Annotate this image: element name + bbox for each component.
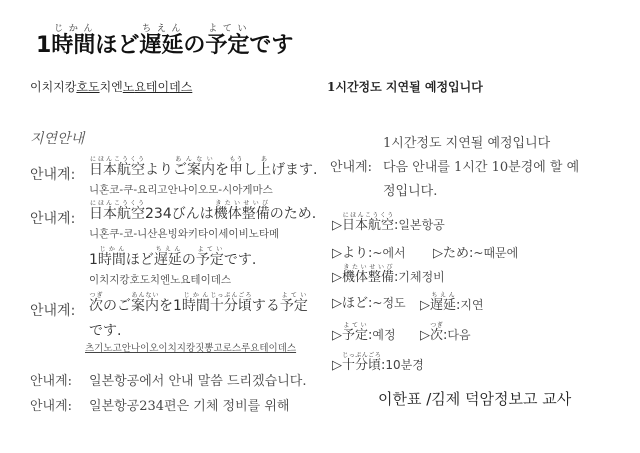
title-text: ほど <box>95 33 139 58</box>
vocab-item: ▷予定よてい:예정 <box>332 322 396 343</box>
announcer-label: 안내계: <box>30 370 72 389</box>
title-text: の <box>183 33 205 58</box>
triangle-bullet-icon: ▷ <box>420 298 430 313</box>
triangle-bullet-icon: ▷ <box>332 358 342 373</box>
japanese-line-2: 日本航空にほんこうくう234びんは機体整備きたいせいびのため. <box>89 200 316 223</box>
vocab-item: ▷ほど:~정도 <box>332 292 406 311</box>
japanese-line-4-cont: です. <box>89 320 121 340</box>
reading-line-4: 츠기노고안나이오이치지캉짓뽕고로스루요테이데스 <box>85 340 296 354</box>
announcer-label: 안내계: <box>30 395 72 414</box>
announcer-label: 안내계: <box>30 300 75 320</box>
title-word-jikan: 時間じかん <box>51 33 95 58</box>
reading-line-2: 니혼쿠-코-니산욘빙와키타이세이비노타메 <box>89 226 279 241</box>
translation-line-2: 일본항공234편은 기체 정비를 위해 <box>89 395 289 414</box>
vocab-item: ▷ため:~때문에 <box>433 242 518 261</box>
triangle-bullet-icon: ▷ <box>332 328 342 343</box>
triangle-bullet-icon: ▷ <box>332 218 342 233</box>
section-heading: 지연안내 <box>30 128 84 148</box>
vocab-item: ▷より:~에서 <box>332 242 406 261</box>
japanese-line-4: 次つぎのご案内あんないを1時間じかん十分頃じっぷんごろする予定よてい <box>89 292 308 315</box>
vocab-item: ▷日本航空にほんこうくう:일본항공 <box>332 212 445 233</box>
announcer-label: 안내계: <box>30 208 75 228</box>
translation-line-1: 일본항공에서 안내 말씀 드리겠습니다. <box>89 370 306 389</box>
announcer-label: 안내계: <box>330 156 372 175</box>
announcer-label: 안내계: <box>30 164 75 184</box>
right-title: 1시간정도 지연될 예정입니다 <box>327 78 483 95</box>
triangle-bullet-icon: ▷ <box>332 296 342 311</box>
title-prefix: 1 <box>36 33 51 58</box>
translation-line-4: 다음 안내를 1시간 10분경에 할 예 <box>383 156 579 175</box>
vocab-item: ▷次つぎ:다음 <box>420 322 471 343</box>
reading-line-3: 이치지캉호도치엔노요테이데스 <box>89 272 231 287</box>
triangle-bullet-icon: ▷ <box>420 328 430 343</box>
triangle-bullet-icon: ▷ <box>332 270 342 285</box>
triangle-bullet-icon: ▷ <box>433 246 443 261</box>
japanese-line-3: 1時間じかんほど遅延ちえんの予定よていです. <box>89 246 256 269</box>
page-title: 1時間じかんほど遅延ちえんの予定よていです <box>36 24 293 59</box>
vocab-item: ▷遅延ちえん:지연 <box>420 292 484 313</box>
vocab-item: ▷機体整備きたいせいび:기체정비 <box>332 264 445 285</box>
triangle-bullet-icon: ▷ <box>332 246 342 261</box>
translation-line-3: 1시간정도 지연될 예정입니다 <box>383 132 550 151</box>
author-credit: 이한표 /김제 덕암정보고 교사 <box>378 388 571 409</box>
japanese-line-1: 日本航空にほんこうくうよりご案内あんないを申もうし上あげます. <box>89 156 317 179</box>
title-word-chien: 遅延ちえん <box>139 33 183 58</box>
title-word-yotei: 予定よてい <box>205 33 249 58</box>
title-korean-reading: 이치지캉호도치엔노요테이데스 <box>30 78 192 95</box>
vocab-item: ▷十分頃じっぷんごろ:10분경 <box>332 352 424 373</box>
translation-line-5: 정입니다. <box>383 180 437 199</box>
title-text: です <box>249 33 293 58</box>
reading-line-1: 니혼코-쿠-요리고안나이오모-시아게마스 <box>89 182 273 197</box>
